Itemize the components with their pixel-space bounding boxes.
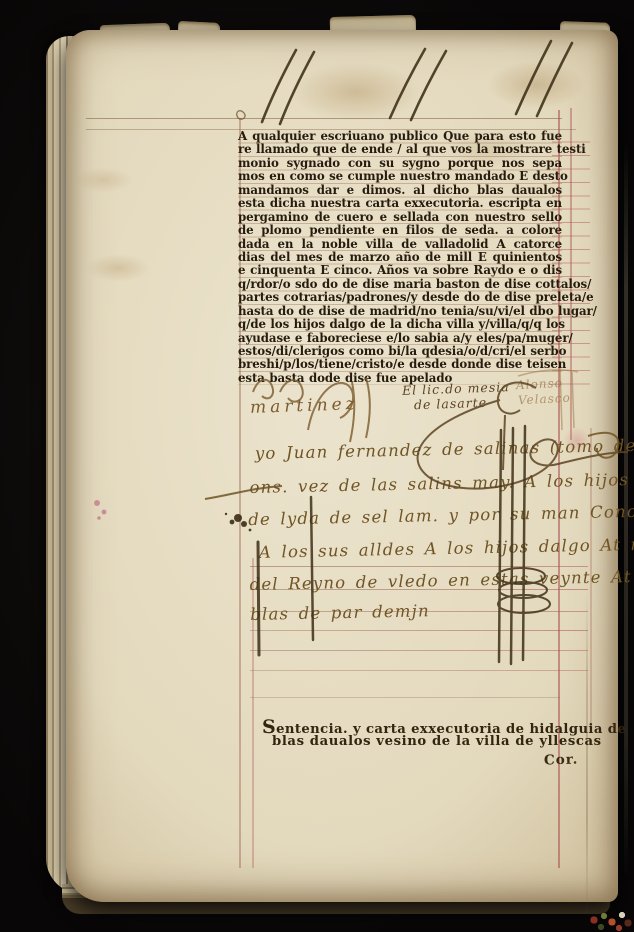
text-line: de plomo pendiente en filos de seda. a c… (238, 224, 562, 238)
text-line: esta basta dode dise fue apelado (238, 372, 562, 386)
ruled-line (250, 611, 588, 612)
note-line: yo Juan fernandez de salinas (tomo de (255, 436, 634, 463)
gothic-text-block: A qualquier escriuano publico Que para e… (238, 130, 562, 385)
footer-title-line2: blas daualos vesino de la villa de ylles… (272, 734, 602, 749)
signature-faded-line2: Velasco (518, 391, 571, 408)
note-line: de lyda de sel lam. y por su man Concluy… (248, 501, 634, 529)
parchment-crease (586, 590, 588, 920)
signature-faded-line1: Alonso (516, 376, 564, 392)
ruled-line (250, 589, 588, 590)
ruled-line (250, 566, 588, 567)
manuscript-page: A qualquier escriuano publico Que para e… (66, 30, 618, 902)
beaded-bookmark-tassel (586, 908, 634, 932)
note-line: blas de par demjn (250, 601, 430, 624)
note-line: A los sus alldes A los hijos dalgo At nr… (259, 534, 634, 562)
ruled-line (250, 697, 560, 698)
top-ruling-line (86, 118, 562, 119)
signature-mesia-line2: de lasarte (414, 395, 488, 413)
note-line: ons. vez de las salins may. A los hijos (249, 470, 629, 497)
signature-martinez: martinez (250, 394, 359, 418)
ruled-line (250, 630, 588, 631)
photograph: A qualquier escriuano publico Que para e… (0, 0, 634, 932)
ruled-line (250, 670, 588, 671)
footer-abbreviation-mark: Cor. (544, 751, 579, 768)
ruled-line (250, 650, 588, 651)
